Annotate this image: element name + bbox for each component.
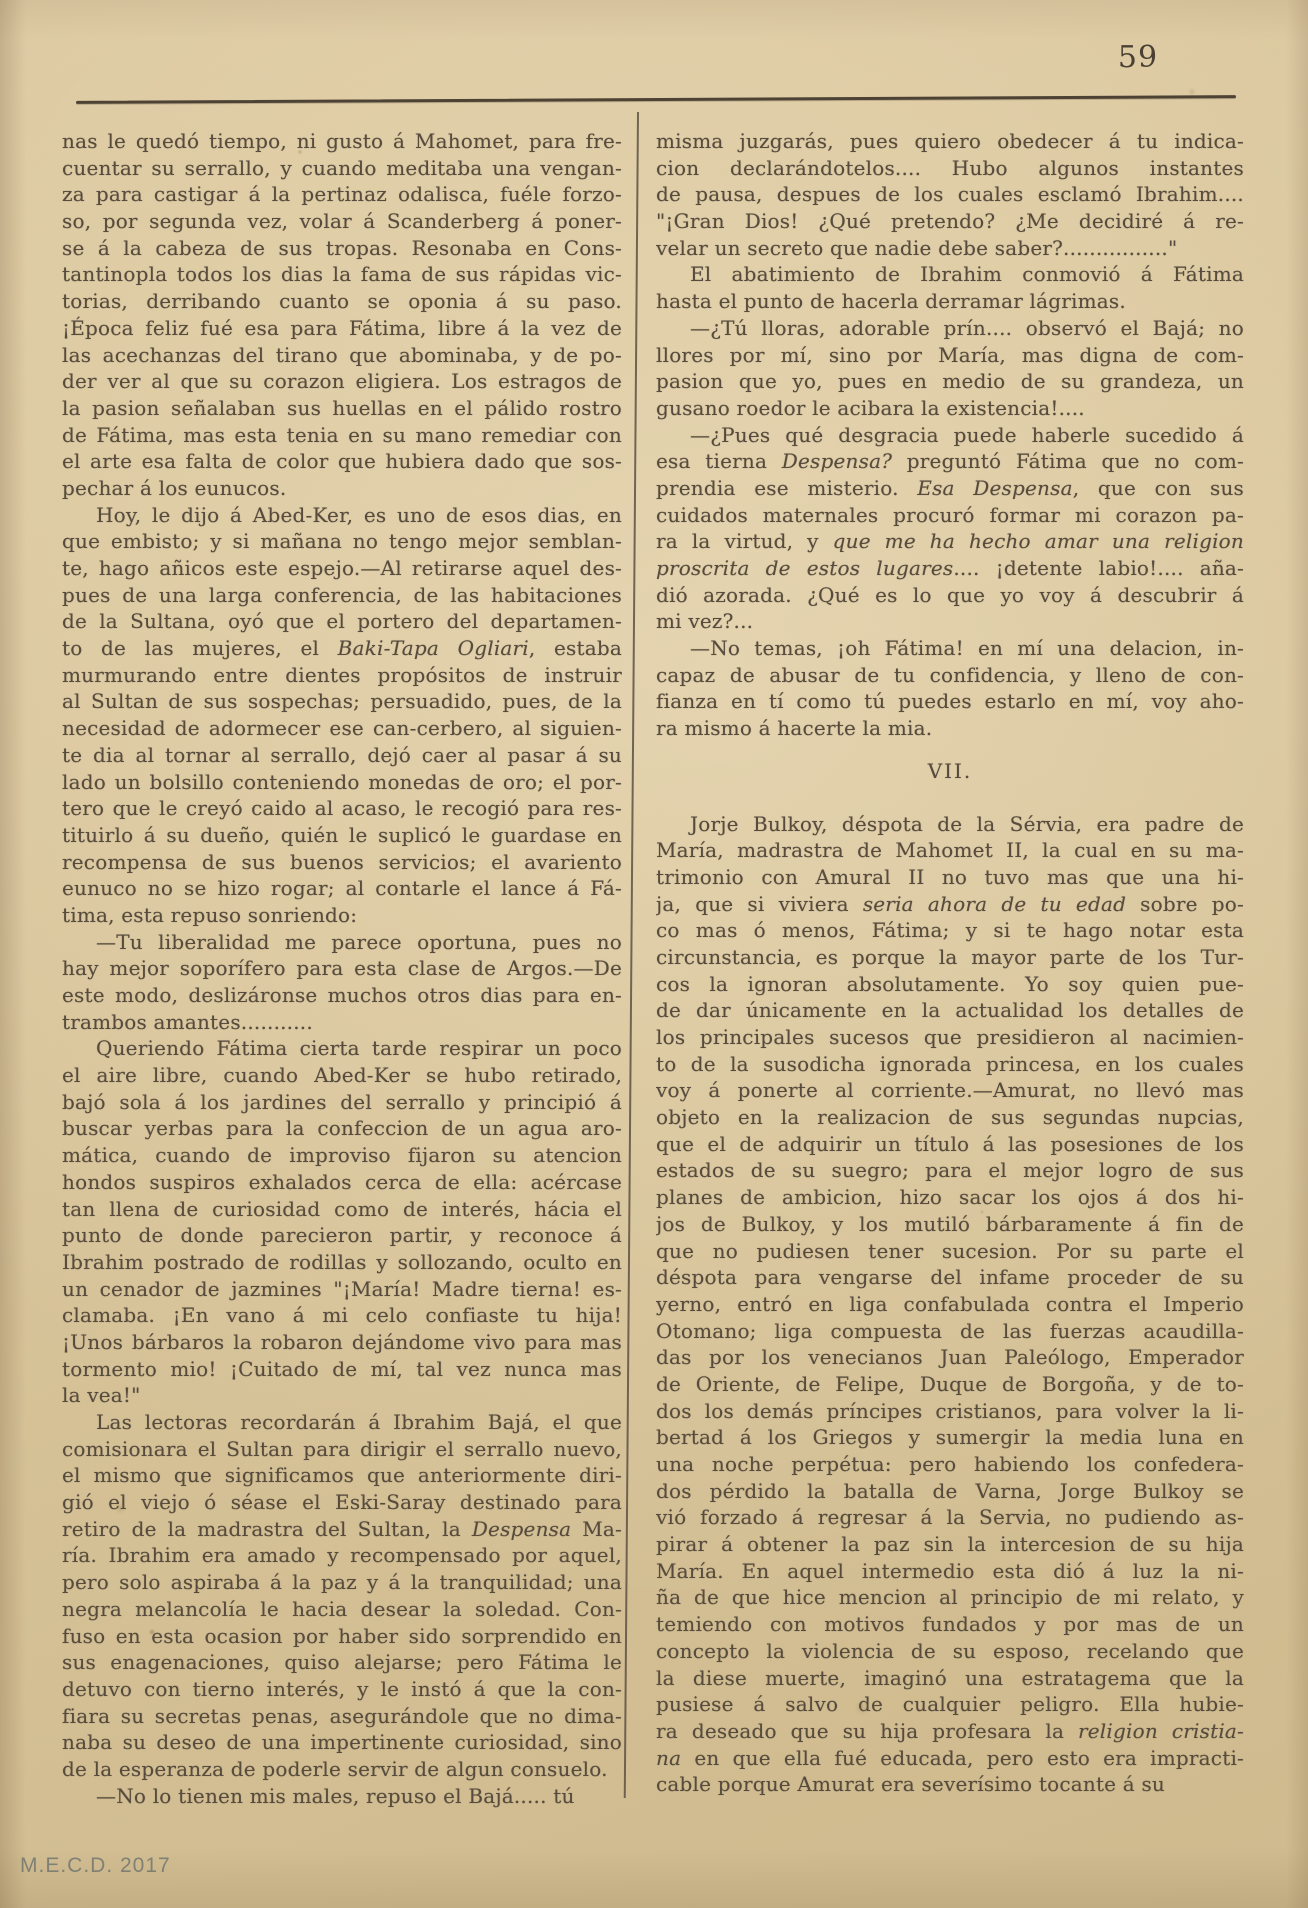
text-line: ¡Época feliz fué esa para Fátima, libre … <box>62 315 622 342</box>
text-line: ra mismo á hacerte la mia. <box>656 715 1244 742</box>
text-line: cos la ignoran absolutamente. Yo soy qui… <box>656 971 1244 998</box>
text-line: se á la cabeza de sus tropas. Resonaba e… <box>62 235 622 262</box>
text-line: so, por segunda vez, volar á Scanderberg… <box>62 208 622 235</box>
text-line: ría. Ibrahim era amado y recompensado po… <box>62 1542 622 1569</box>
paragraph: —¿Tú lloras, adorable prín.... observó e… <box>656 315 1244 422</box>
text-line: la vea!" <box>62 1382 622 1409</box>
text-line: fianza en tí como tú puedes estarlo en m… <box>656 688 1244 715</box>
text-line: que embisto; y si mañana no tengo mejor … <box>62 528 622 555</box>
text-line: te dia al tornar al serrallo, dejó caer … <box>62 742 622 769</box>
text-line: la diese muerte, imaginó una estratagema… <box>656 1665 1244 1692</box>
text-line: buscar yerbas para la confeccion de un a… <box>62 1115 622 1142</box>
text-line: de Oriente, de Felipe, Duque de Borgoña,… <box>656 1371 1244 1398</box>
text-line: misma juzgarás, pues quiero obedecer á t… <box>656 128 1244 155</box>
chapter-heading: VII. <box>656 758 1244 785</box>
text-line: pasion que yo, pues en medio de su grand… <box>656 368 1244 395</box>
text-line: —Tu liberalidad me parece oportuna, pues… <box>62 929 622 956</box>
header-rule <box>76 95 1236 104</box>
paragraph: Las lectoras recordarán á Ibrahim Bajá, … <box>62 1409 622 1783</box>
text-line: proscrita de estos lugares.... ¡detente … <box>656 555 1244 582</box>
text-line: fiara su secretas penas, asegurándole qu… <box>62 1703 622 1730</box>
text-line: pirar á obtener la paz sin la intercesio… <box>656 1531 1244 1558</box>
text-line: VII. <box>656 758 1244 785</box>
text-line: torias, derribando cuanto se oponia á su… <box>62 288 622 315</box>
text-line: llores por mí, sino por María, mas digna… <box>656 342 1244 369</box>
text-line: temiendo con motivos fundados y por mas … <box>656 1611 1244 1638</box>
text-line: trambos amantes........... <box>62 1009 622 1036</box>
text-line: tormento mio! ¡Cuitado de mí, tal vez nu… <box>62 1356 622 1383</box>
text-line: gusano roedor le acibara la existencia!.… <box>656 395 1244 422</box>
text-line: za para castigar á la pertinaz odalisca,… <box>62 181 622 208</box>
paragraph: nas le quedó tiempo, ni gusto á Mahomet,… <box>62 128 622 502</box>
text-line: negra melancolía le hacia desear la sole… <box>62 1596 622 1623</box>
text-line: cable porque Amurat era severísimo tocan… <box>656 1771 1244 1798</box>
text-line: Queriendo Fátima cierta tarde respirar u… <box>62 1035 622 1062</box>
text-line: María. En aquel intermedio esta dió á lu… <box>656 1558 1244 1585</box>
text-line: María, madrastra de Mahomet II, la cual … <box>656 837 1244 864</box>
text-line: que no pudiesen tener sucesion. Por su p… <box>656 1238 1244 1265</box>
text-line: na en que ella fué educada, pero esto er… <box>656 1745 1244 1772</box>
text-line: yerno, entró en liga confabulada contra … <box>656 1291 1244 1318</box>
text-line: retiro de la madrastra del Sultan, la De… <box>62 1516 622 1543</box>
text-line: estados de su suegro; para el mejor logr… <box>656 1157 1244 1184</box>
text-line: pues de una larga conferencia, de las ha… <box>62 582 622 609</box>
text-line: lado un bolsillo conteniendo monedas de … <box>62 769 622 796</box>
text-line: recompensa de sus buenos servicios; el a… <box>62 849 622 876</box>
page-number: 59 <box>1106 40 1170 75</box>
text-line: tantinopla todos los dias la fama de sus… <box>62 261 622 288</box>
paragraph: misma juzgarás, pues quiero obedecer á t… <box>656 128 1244 261</box>
text-line: ¡Unos bárbaros la robaron dejándome vivo… <box>62 1329 622 1356</box>
text-line: tima, esta repuso sonriendo: <box>62 902 622 929</box>
text-line: de la Sultana, oyó que el portero del de… <box>62 608 622 635</box>
text-line: mática, cuando de improviso fijaron su a… <box>62 1142 622 1169</box>
text-line: cion declarándotelos.... Hubo algunos in… <box>656 155 1244 182</box>
text-line: velar un secreto que nadie debe saber?..… <box>656 235 1244 262</box>
text-line: —¿Pues qué desgracia puede haberle suced… <box>656 422 1244 449</box>
text-line: comisionara el Sultan para dirigir el se… <box>62 1436 622 1463</box>
paragraph: —No temas, ¡oh Fátima! en mí una delacio… <box>656 635 1244 742</box>
text-line: ra la virtud, y que me ha hecho amar una… <box>656 528 1244 555</box>
paragraph: —Tu liberalidad me parece oportuna, pues… <box>62 929 622 1036</box>
text-line: hay mejor soporífero para esta clase de … <box>62 955 622 982</box>
text-line: —No lo tienen mis males, repuso el Bajá.… <box>62 1783 622 1810</box>
text-line: circunstancia, es porque la mayor parte … <box>656 944 1244 971</box>
text-line: nas le quedó tiempo, ni gusto á Mahomet,… <box>62 128 622 155</box>
text-line: jos de Bulkoy, y los mutiló bárbaramente… <box>656 1211 1244 1238</box>
text-line: te, hago añicos este espejo.—Al retirars… <box>62 555 622 582</box>
text-line: esa tierna Despensa? preguntó Fátima que… <box>656 448 1244 475</box>
text-line: dió azorada. ¿Qué es lo que yo voy á des… <box>656 582 1244 609</box>
right-column: misma juzgarás, pues quiero obedecer á t… <box>656 128 1244 1798</box>
paragraph: Hoy, le dijo á Abed-Ker, es uno de esos … <box>62 502 622 929</box>
text-line: cuentar su serrallo, y cuando meditaba u… <box>62 155 622 182</box>
text-line: al Sultan de sus sospechas; persuadido, … <box>62 688 622 715</box>
text-line: la pasion señalaban sus huellas en el pá… <box>62 395 622 422</box>
paragraph: Queriendo Fátima cierta tarde respirar u… <box>62 1035 622 1409</box>
text-line: pusiese á salvo de cualquier peligro. El… <box>656 1691 1244 1718</box>
text-line: der ver al que su corazon eligiera. Los … <box>62 368 622 395</box>
text-line: das por los venecianos Juan Paleólogo, E… <box>656 1344 1244 1371</box>
text-line: gió el viejo ó séase el Eski-Saray desti… <box>62 1489 622 1516</box>
text-line: tan llena de curiosidad como de interés,… <box>62 1196 622 1223</box>
text-line: hondos suspiros exhalados cerca de ella:… <box>62 1169 622 1196</box>
text-line: eunuco no se hizo rogar; al contarle el … <box>62 875 622 902</box>
text-line: sus enagenaciones, quiso alejarse; pero … <box>62 1649 622 1676</box>
text-line: capaz de abusar de tu confidencia, y lle… <box>656 662 1244 689</box>
text-line: ra deseado que su hija profesara la reli… <box>656 1718 1244 1745</box>
text-line: trimonio con Amural II no tuvo mas que u… <box>656 864 1244 891</box>
text-line: este modo, deslizáronse muchos otros dia… <box>62 982 622 1009</box>
text-line: mi vez?... <box>656 608 1244 635</box>
text-line: Las lectoras recordarán á Ibrahim Bajá, … <box>62 1409 622 1436</box>
text-line: to de las mujeres, el Baki-Tapa Ogliari,… <box>62 635 622 662</box>
text-line: El abatimiento de Ibrahim conmovió á Fát… <box>656 261 1244 288</box>
text-line: planes de ambicion, hizo sacar los ojos … <box>656 1184 1244 1211</box>
text-line: ña de que hice mencion al principio de m… <box>656 1584 1244 1611</box>
text-line: objeto en la realizacion de sus segundas… <box>656 1104 1244 1131</box>
text-line: las acechanzas del tirano que abominaba,… <box>62 342 622 369</box>
text-line: prendia ese misterio. Esa Despensa, que … <box>656 475 1244 502</box>
text-line: el arte esa falta de color que hubiera d… <box>62 448 622 475</box>
text-line: Hoy, le dijo á Abed-Ker, es uno de esos … <box>62 502 622 529</box>
text-line: ja, que si viviera seria ahora de tu eda… <box>656 891 1244 918</box>
text-line: una noche perpétua: pero habiendo los co… <box>656 1451 1244 1478</box>
paragraph: Jorje Bulkoy, déspota de la Sérvia, era … <box>656 811 1244 1798</box>
text-line: bajó sola á los jardines del serrallo y … <box>62 1089 622 1116</box>
text-line: dos los demás príncipes cristianos, para… <box>656 1398 1244 1425</box>
text-line: clamaba. ¡En vano á mi celo confiaste tu… <box>62 1302 622 1329</box>
text-line: murmurando entre dientes propósitos de i… <box>62 662 622 689</box>
text-line: cuidados maternales procuró formar mi co… <box>656 502 1244 529</box>
text-line: pechar á los eunucos. <box>62 475 622 502</box>
text-line: el aire libre, cuando Abed-Ker se hubo r… <box>62 1062 622 1089</box>
text-line: pero solo aspiraba á la paz y á la tranq… <box>62 1569 622 1596</box>
text-line: déspota para vengarse del infame procede… <box>656 1264 1244 1291</box>
text-line: —No temas, ¡oh Fátima! en mí una delacio… <box>656 635 1244 662</box>
text-line: tero que le creyó caido al acaso, le rec… <box>62 795 622 822</box>
text-line: naba su deseo de una impertinente curios… <box>62 1729 622 1756</box>
text-line: que el de adquirir un título á las poses… <box>656 1131 1244 1158</box>
text-line: Jorje Bulkoy, déspota de la Sérvia, era … <box>656 811 1244 838</box>
text-line: detuvo con tierno interés, y le instó á … <box>62 1676 622 1703</box>
paragraph: —¿Pues qué desgracia puede haberle suced… <box>656 422 1244 636</box>
text-line: "¡Gran Dios! ¿Qué pretendo? ¿Me decidiré… <box>656 208 1244 235</box>
text-line: hasta el punto de hacerla derramar lágri… <box>656 288 1244 315</box>
text-line: fuso en esta ocasion por haber sido sorp… <box>62 1623 622 1650</box>
text-line: el mismo que significamos que anteriorme… <box>62 1462 622 1489</box>
text-line: de dar únicamente en la actualidad los d… <box>656 997 1244 1024</box>
text-line: Otomano; liga compuesta de las fuerzas a… <box>656 1318 1244 1345</box>
watermark: M.E.C.D. 2017 <box>20 1854 171 1878</box>
text-line: necesidad de adormecer ese can-cerbero, … <box>62 715 622 742</box>
text-line: punto de donde parecieron partir, y reco… <box>62 1222 622 1249</box>
paragraph: El abatimiento de Ibrahim conmovió á Fát… <box>656 261 1244 314</box>
text-line: dos pérdido la batalla de Varna, Jorge B… <box>656 1478 1244 1505</box>
text-line: voy á ponerte al corriente.—Amurat, no l… <box>656 1077 1244 1104</box>
text-line: de pausa, despues de los cuales esclamó … <box>656 181 1244 208</box>
text-line: los principales sucesos que presidieron … <box>656 1024 1244 1051</box>
text-line: Ibrahim postrado de rodillas y sollozand… <box>62 1249 622 1276</box>
text-line: —¿Tú lloras, adorable prín.... observó e… <box>656 315 1244 342</box>
text-line: co mas ó menos, Fátima; y si te hago not… <box>656 917 1244 944</box>
text-line: tituirlo á su dueño, quién le suplicó le… <box>62 822 622 849</box>
text-line: to de la susodicha ignorada princesa, en… <box>656 1051 1244 1078</box>
left-column: nas le quedó tiempo, ni gusto á Mahomet,… <box>62 128 622 1809</box>
text-line: un cenador de jazmines "¡María! Madre ti… <box>62 1276 622 1303</box>
text-line: de la esperanza de poderle servir de alg… <box>62 1756 622 1783</box>
paragraph: —No lo tienen mis males, repuso el Bajá.… <box>62 1783 622 1810</box>
text-line: de Fátima, mas esta tenia en su mano rem… <box>62 422 622 449</box>
column-divider <box>624 112 639 1798</box>
text-line: bertad á los Griegos y sumergir la media… <box>656 1424 1244 1451</box>
text-line: vió forzado á regresar á la Servia, no p… <box>656 1504 1244 1531</box>
text-line: concepto la violencia de su esposo, rece… <box>656 1638 1244 1665</box>
